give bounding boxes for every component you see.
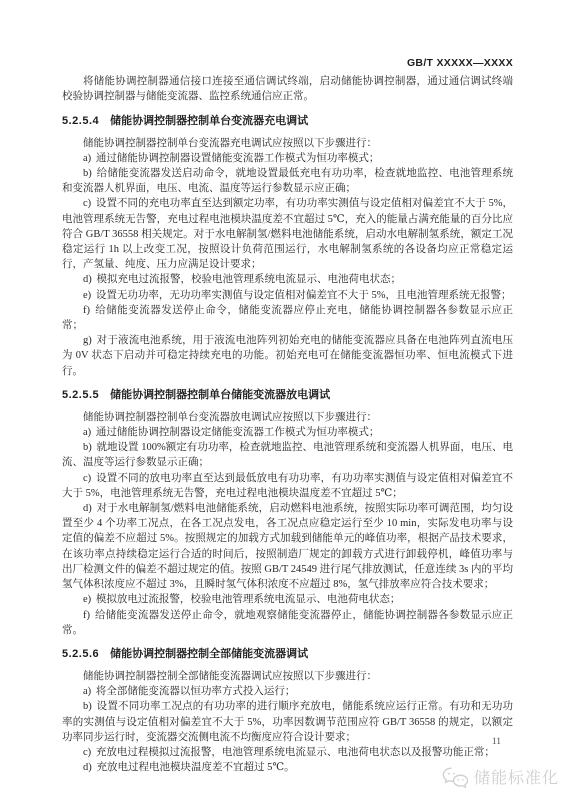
section-lead: 储能协调控制器控制单台变流器充电调试应按照以下步骤进行： [62,136,513,151]
item-label: e) [83,594,91,605]
item-label: d) [83,503,92,514]
item-text: 对于水电解制氢/燃料电池储能系统，启动燃料电池系统，按照实际功率可调范围，均匀设… [62,503,513,590]
list-item: b)设置不同功率工况点的有功功率的进行顺序充放电，储能系统应运行正常。有功和无功… [62,699,513,745]
item-label: c) [83,473,91,484]
section-heading: 5.2.5.6储能协调控制器控制全部储能变流器调试 [62,647,513,661]
section-title: 储能协调控制器控制单台变流器充电调试 [110,115,308,127]
section-number: 5.2.5.4 [62,115,99,127]
section-number: 5.2.5.5 [62,389,99,401]
section-lead: 储能协调控制器控制单台变流器放电调试应按照以下步骤进行： [62,410,513,425]
item-label: b) [83,168,92,179]
item-label: c) [83,198,91,209]
item-label: b) [83,442,92,453]
item-label: d) [83,274,92,285]
item-text: 将全部储能变流器以恒功率方式投入运行； [96,686,296,697]
list-item: b)给储能变流器发送启动命令，就地设置最低充电有功功率，检查就地监控、电池管理系… [62,166,513,196]
watermark-label: 储能标准化 [474,771,559,786]
item-text: 设置不同的充电功率直至达到额定功率，有功功率实测值与设定值相对偏差宜不大于 5%… [62,198,513,270]
item-text: 就地设置 100%额定有功功率，检查就地监控、电池管理系统和变流器人机界面，电压… [62,442,513,468]
item-text: 对于液流电池系统，用于液流电池阵列初始充电的储能变流器应具备在电池阵列直流电压为… [62,335,513,376]
item-label: f) [83,610,90,621]
item-text: 通过储能协调控制器设置储能变流器工作模式为恒功率模式； [96,153,380,164]
item-label: a) [83,427,91,438]
list-item: a)通过储能协调控制器设定储能变流器工作模式为恒功率模式； [62,425,513,440]
list-item: c)设置不同的充电功率直至达到额定功率，有功功率实测值与设定值相对偏差宜不大于 … [62,196,513,272]
item-label: d) [83,762,92,773]
list-item: a)通过储能协调控制器设置储能变流器工作模式为恒功率模式； [62,151,513,166]
item-text: 给储能变流器发送停止命令，就地观察储能变流器停止，储能协调控制器各参数显示应正常… [62,610,513,636]
item-text: 设置不同的放电功率直至达到最低放电有功功率，有功功率实测值与设定值相对偏差宜不大… [62,473,513,499]
list-item: e)设置无功功率，无功功率实测值与设定值相对偏差宜不大于 5%，且电池管理系统无… [62,288,513,303]
item-text: 设置不同功率工况点的有功功率的进行顺序充放电，储能系统应运行正常。有功和无功功率… [62,701,513,742]
item-text: 充放电过程模拟过流报警，电池管理系统电流显示、电池荷电状态以及报警功能正常； [96,747,495,758]
list-item: e)模拟放电过流报警，校验电池管理系统电流显示、电池荷电状态； [62,592,513,607]
page-number: 11 [492,735,501,750]
list-item: d)对于水电解制氢/燃料电池储能系统，启动燃料电池系统，按照实际功率可调范围，均… [62,501,513,592]
section-heading: 5.2.5.5储能协调控制器控制单台储能变流器放电调试 [62,388,513,402]
item-text: 通过储能协调控制器设定储能变流器工作模式为恒功率模式； [96,427,380,438]
item-label: c) [83,747,91,758]
list-item: c)充放电过程模拟过流报警，电池管理系统电流显示、电池荷电状态以及报警功能正常； [62,745,513,760]
item-text: 给储能变流器发送停止命令，储能变流器应停止充电，储能协调控制器各参数显示应正常； [62,305,513,331]
item-label: a) [83,153,91,164]
intro-paragraph: 将储能协调控制器通信接口连接至通信调试终端，启动储能协调控制器，通过通信调试终端… [62,74,513,104]
list-item: f)给储能变流器发送停止命令，储能变流器应停止充电，储能协调控制器各参数显示应正… [62,303,513,333]
list-item: d)模拟充电过流报警，校验电池管理系统电流显示、电池荷电状态； [62,272,513,287]
item-text: 设置无功功率，无功功率实测值与设定值相对偏差宜不大于 5%，且电池管理系统无报警… [96,290,512,301]
section-title: 储能协调控制器控制全部储能变流器调试 [110,648,308,660]
list-item: c)设置不同的放电功率直至达到最低放电有功功率，有功功率实测值与设定值相对偏差宜… [62,471,513,501]
item-text: 给储能变流器发送启动命令，就地设置最低充电有功功率，检查就地监控、电池管理系统和… [62,168,513,194]
item-text: 模拟充电过流报警，校验电池管理系统电流显示、电池荷电状态； [96,274,401,285]
item-label: a) [83,686,91,697]
list-item: f)给储能变流器发送停止命令，就地观察储能变流器停止，储能协调控制器各参数显示应… [62,608,513,638]
item-label: e) [83,290,91,301]
section-heading: 5.2.5.4储能协调控制器控制单台变流器充电调试 [62,114,513,128]
item-text: 充放电过程电池模块温度差不宜超过 5℃。 [96,762,294,773]
wechat-icon [442,767,469,790]
item-label: g) [83,335,92,346]
item-label: b) [83,701,92,712]
section-title: 储能协调控制器控制单台储能变流器放电调试 [110,389,330,401]
section-number: 5.2.5.6 [62,648,99,660]
doc-code-header: GB/T XXXXX—XXXX [62,56,513,71]
item-text: 模拟放电过流报警，校验电池管理系统电流显示、电池荷电状态； [96,594,401,605]
item-label: f) [83,305,90,316]
list-item: g)对于液流电池系统，用于液流电池阵列初始充电的储能变流器应具备在电池阵列直流电… [62,333,513,379]
watermark: 储能标准化 [442,767,559,790]
list-item: b)就地设置 100%额定有功功率，检查就地监控、电池管理系统和变流器人机界面，… [62,440,513,470]
document-page: GB/T XXXXX—XXXX 将储能协调控制器通信接口连接至通信调试终端，启动… [0,0,565,800]
list-item: a)将全部储能变流器以恒功率方式投入运行； [62,684,513,699]
section-lead: 储能协调控制器控制全部储能变流器调试应按照以下步骤进行： [62,669,513,684]
